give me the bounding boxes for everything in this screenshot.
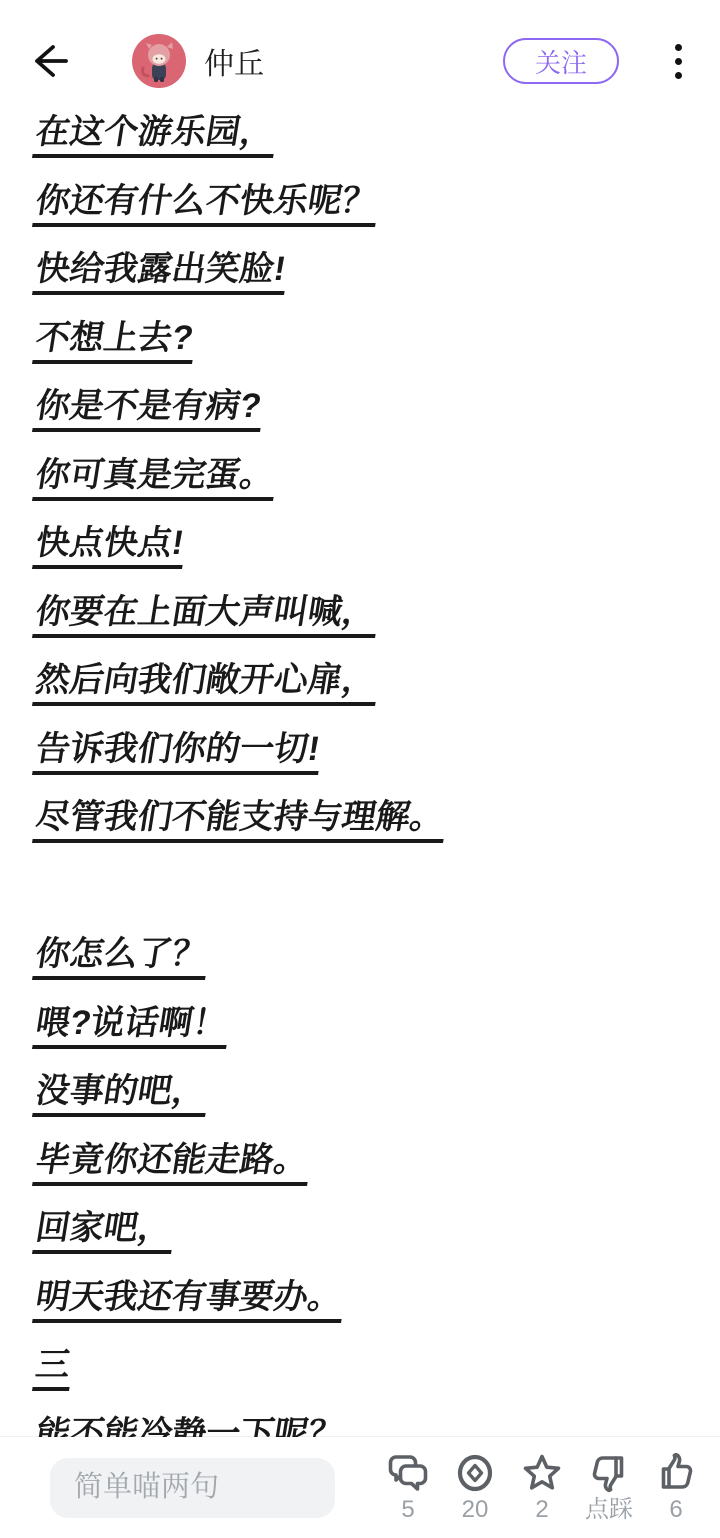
thumbs-up-icon xyxy=(656,1453,696,1493)
lyric-line: 喂?说话啊！ xyxy=(32,1003,702,1049)
lyric-line: 然后向我们敞开心扉， xyxy=(32,660,702,706)
comment-count: 5 xyxy=(401,1498,414,1522)
lyric-line: 你要在上面大声叫喊， xyxy=(32,592,702,638)
post-body: 在这个游乐园， 你还有什么不快乐呢？ 快给我露出笑脸! 不想上去? 你是不是有病… xyxy=(32,112,702,1482)
avatar-character xyxy=(132,34,186,88)
follow-button-label: 关注 xyxy=(535,43,587,80)
dislike-button[interactable]: 点踩 xyxy=(577,1453,641,1522)
lyric-line: 你怎么了？ xyxy=(32,934,702,980)
coin-icon xyxy=(455,1453,495,1493)
like-count: 6 xyxy=(669,1498,682,1522)
lyric-line: 快点快点! xyxy=(32,523,702,569)
lyric-line: 毕竟你还能走路。 xyxy=(32,1140,702,1186)
arrow-left-icon xyxy=(28,71,72,86)
dislike-label: 点踩 xyxy=(585,1498,633,1522)
bottom-action-bar: 5 20 2 xyxy=(0,1437,720,1538)
lyric-line: 尽管我们不能支持与理解。 xyxy=(32,797,702,843)
back-button[interactable] xyxy=(28,39,72,83)
top-bar: 仲丘 关注 xyxy=(0,0,720,108)
comment-input[interactable] xyxy=(50,1458,335,1518)
lyric-line: 明天我还有事要办。 xyxy=(32,1277,702,1323)
lyric-line: 在这个游乐园， xyxy=(32,112,702,158)
blank-line xyxy=(32,866,702,912)
lyric-line: 你还有什么不快乐呢？ xyxy=(32,181,702,227)
lyric-line: 你可真是完蛋。 xyxy=(32,455,702,501)
lyric-line: 快给我露出笑脸! xyxy=(32,249,702,295)
comment-bubbles-icon xyxy=(387,1453,429,1493)
thumbs-down-icon xyxy=(589,1453,629,1493)
lyric-line: 告诉我们你的一切! xyxy=(32,729,702,775)
username[interactable]: 仲丘 xyxy=(204,39,264,83)
comment-button[interactable]: 5 xyxy=(376,1453,440,1522)
lyric-line: 没事的吧， xyxy=(32,1071,702,1117)
favorite-count: 2 xyxy=(535,1498,548,1522)
follow-button[interactable]: 关注 xyxy=(503,38,619,84)
lyric-line: 你是不是有病? xyxy=(32,386,702,432)
coin-button[interactable]: 20 xyxy=(443,1453,507,1522)
like-button[interactable]: 6 xyxy=(644,1453,708,1522)
kebab-menu-icon xyxy=(675,44,682,79)
favorite-button[interactable]: 2 xyxy=(510,1453,574,1522)
lyric-line: 不想上去? xyxy=(32,318,702,364)
actions-row: 5 20 2 xyxy=(373,1453,708,1522)
lyric-line: 回家吧， xyxy=(32,1208,702,1254)
avatar[interactable] xyxy=(132,34,186,88)
coin-count: 20 xyxy=(462,1498,489,1522)
more-menu-button[interactable] xyxy=(671,40,686,83)
section-number-line: 三 xyxy=(32,1345,702,1391)
star-icon xyxy=(522,1453,562,1493)
